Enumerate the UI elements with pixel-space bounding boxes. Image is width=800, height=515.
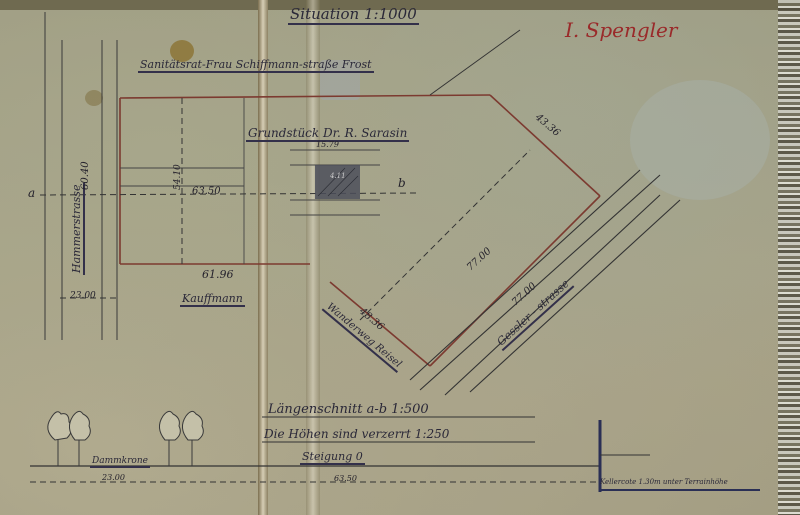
section-subtitle: Die Höhen sind verzerrt 1:250 xyxy=(264,427,449,441)
street-label-left: Hammerstrasse xyxy=(70,183,85,275)
kellercote-label: Kellercote 1.30m unter Terrainhöhe xyxy=(600,478,728,486)
site-plan-sheet: Situation 1:1000 I. Spengler Sanitätsrat… xyxy=(0,0,800,515)
dammkrone-label: Dammkrone xyxy=(90,456,150,468)
dim-bottom-offset-right: 63.50 xyxy=(334,474,357,483)
dim-left-height: 60.40 xyxy=(80,161,91,190)
dim-bottom-offset-left: 23.00 xyxy=(102,473,125,482)
drawing-title: Situation 1:1000 xyxy=(288,5,419,25)
marker-a: a xyxy=(28,186,35,200)
dim-bottom-width: 61.96 xyxy=(202,268,234,281)
marker-b: b xyxy=(398,176,406,190)
dim-width-a-b: 63.50 xyxy=(192,186,221,197)
section-title: Längenschnitt a-b 1:500 xyxy=(268,402,429,417)
dim-left-offset: 23.00 xyxy=(70,291,96,301)
dim-building-width: 15.79 xyxy=(316,140,339,149)
street-label-top: Sanitätsrat-Frau Schiffmann-straße Frost xyxy=(138,58,374,73)
signature: I. Spengler xyxy=(565,18,677,42)
building-label: 4.11 xyxy=(330,172,346,180)
section-slope: Steigung 0 xyxy=(300,450,365,465)
street-label-bottom-left: Kauffmann xyxy=(180,292,245,307)
dim-inner-height: 54.10 xyxy=(173,164,183,190)
